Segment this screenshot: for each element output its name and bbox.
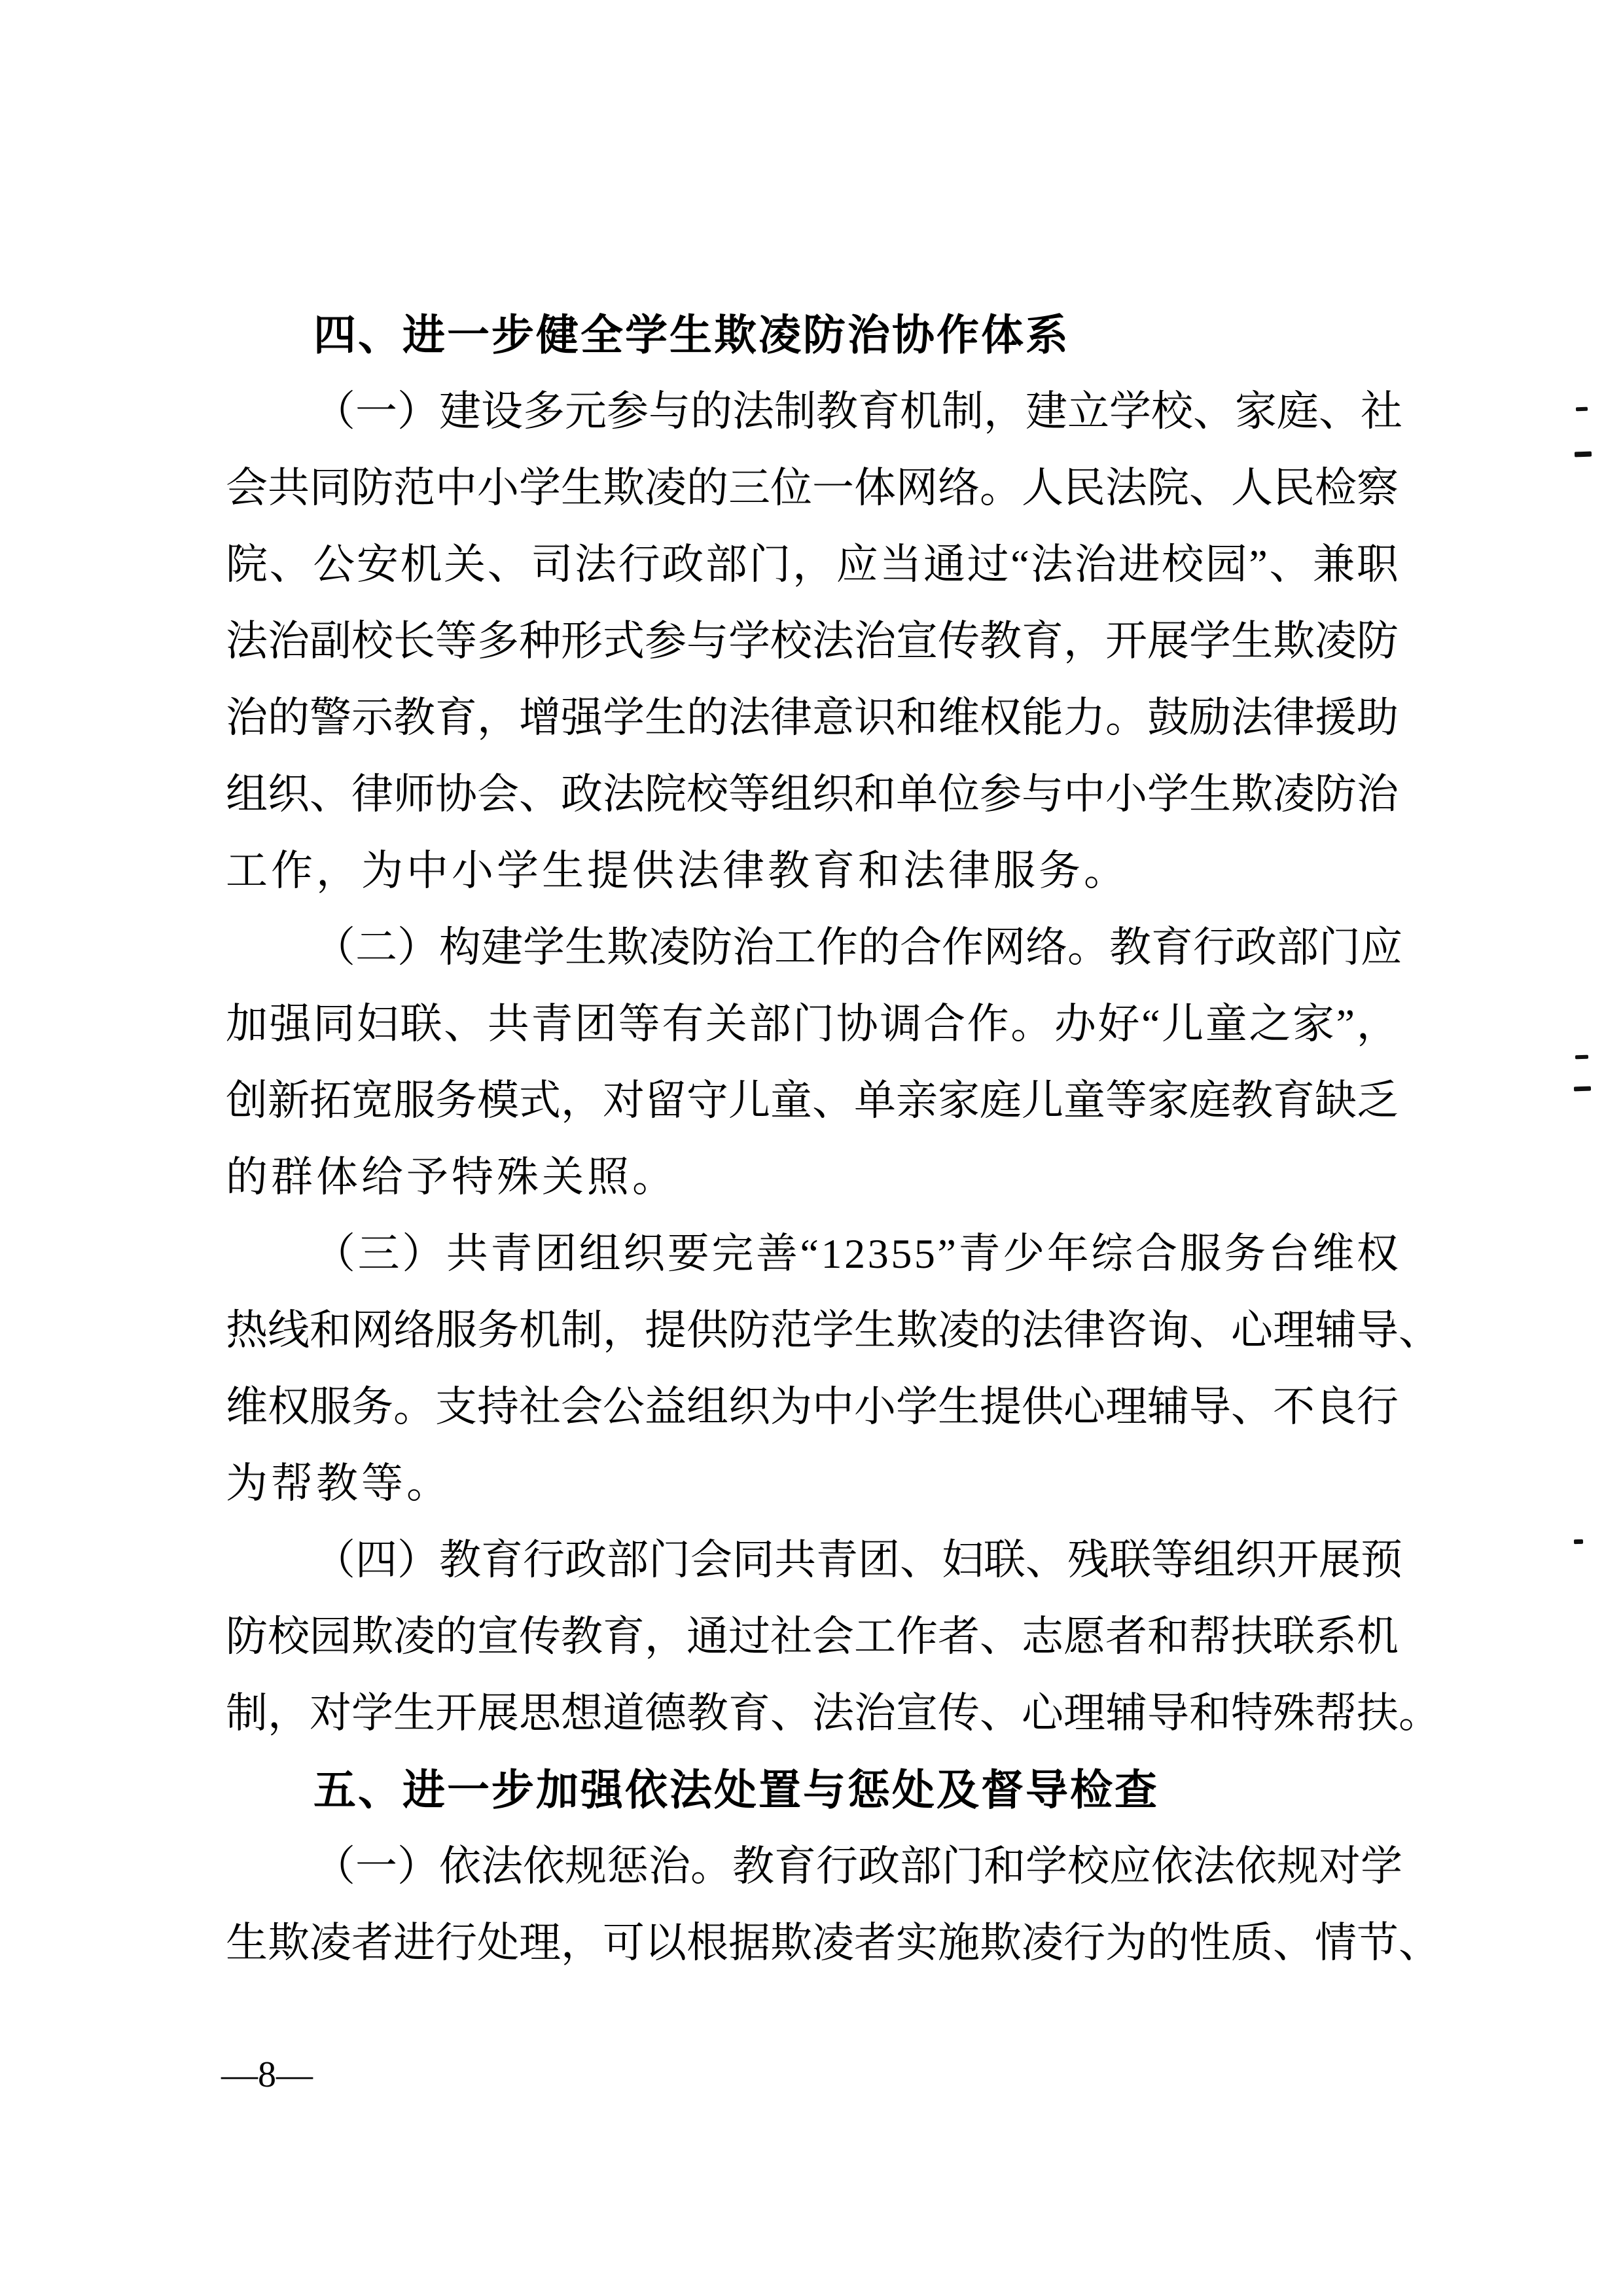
text-line: 组织、律师协会、政法院校等组织和单位参与中小学生欺凌防治	[226, 756, 1399, 833]
text-line: 为帮教等。	[226, 1445, 1399, 1522]
text-line: （一）建设多元参与的法制教育机制，建立学校、家庭、社	[226, 373, 1399, 450]
text-line: 维权服务。支持社会公益组织为中小学生提供心理辅导、不良行	[226, 1369, 1399, 1445]
scan-artifact-dash	[1574, 1539, 1583, 1544]
scan-artifact-dash	[1576, 407, 1588, 412]
text-line: （三）共青团组织要完善“12355”青少年综合服务台维权	[226, 1215, 1399, 1292]
text-line: 工作，为中小学生提供法律教育和法律服务。	[226, 833, 1399, 909]
text-block: 四、进一步健全学生欺凌防治协作体系（一）建设多元参与的法制教育机制，建立学校、家…	[226, 296, 1399, 1981]
section-heading: 四、进一步健全学生欺凌防治协作体系	[226, 296, 1399, 373]
text-line: 院、公安机关、司法行政部门，应当通过“法治进校园”、兼职	[226, 526, 1399, 603]
text-line: 创新拓宽服务模式，对留守儿童、单亲家庭儿童等家庭教育缺乏	[226, 1062, 1399, 1139]
text-line: 制，对学生开展思想道德教育、法治宣传、心理辅导和特殊帮扶。	[226, 1675, 1399, 1751]
document-page: 四、进一步健全学生欺凌防治协作体系（一）建设多元参与的法制教育机制，建立学校、家…	[0, 0, 1623, 2296]
text-line: 加强同妇联、共青团等有关部门协调合作。办好“儿童之家”，	[226, 986, 1399, 1062]
text-line: （二）构建学生欺凌防治工作的合作网络。教育行政部门应	[226, 909, 1399, 986]
text-line: 生欺凌者进行处理，可以根据欺凌者实施欺凌行为的性质、情节、	[226, 1905, 1399, 1981]
section-heading: 五、进一步加强依法处置与惩处及督导检查	[226, 1751, 1399, 1828]
text-line: 治的警示教育，增强学生的法律意识和维权能力。鼓励法律援助	[226, 679, 1399, 756]
page-number: —8—	[221, 2054, 313, 2096]
text-line: （一）依法依规惩治。教育行政部门和学校应依法依规对学	[226, 1828, 1399, 1905]
scan-artifact-dash	[1574, 1086, 1591, 1092]
text-line: 的群体给予特殊关照。	[226, 1139, 1399, 1215]
text-line: 会共同防范中小学生欺凌的三位一体网络。人民法院、人民检察	[226, 450, 1399, 526]
text-line: 热线和网络服务机制，提供防范学生欺凌的法律咨询、心理辅导、	[226, 1292, 1399, 1369]
text-line: 法治副校长等多种形式参与学校法治宣传教育，开展学生欺凌防	[226, 603, 1399, 679]
text-line: （四）教育行政部门会同共青团、妇联、残联等组织开展预	[226, 1522, 1399, 1598]
scan-artifact-dash	[1575, 1055, 1588, 1060]
scan-artifact-dash	[1575, 452, 1592, 457]
text-line: 防校园欺凌的宣传教育，通过社会工作者、志愿者和帮扶联系机	[226, 1598, 1399, 1675]
